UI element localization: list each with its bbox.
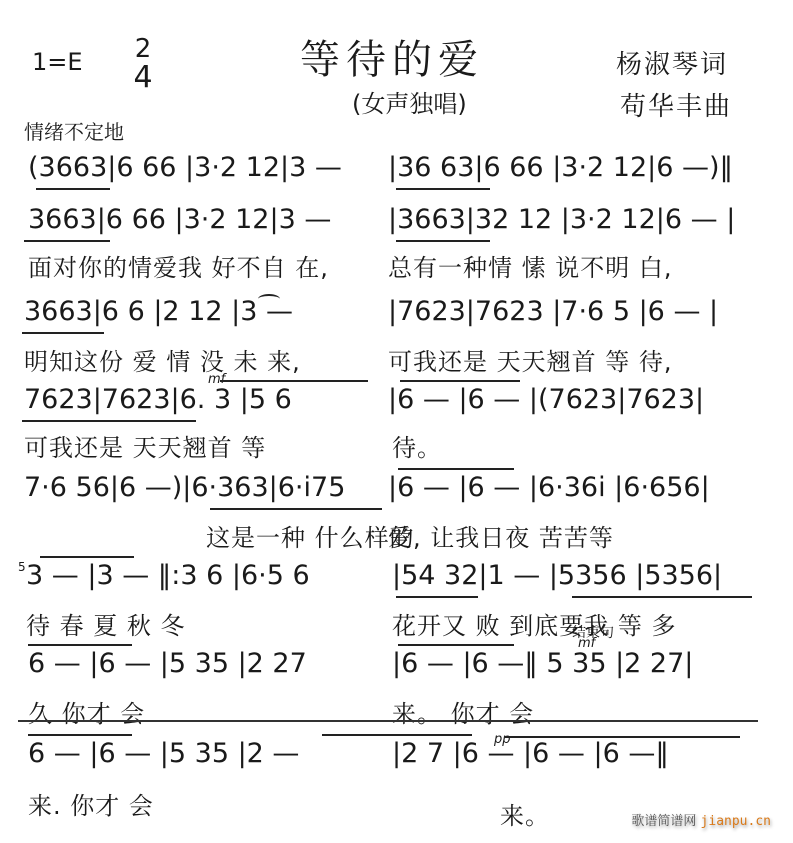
notes-right: |6 — |6 — |(7623|7623|: [388, 384, 704, 415]
beam: [396, 596, 478, 598]
score-row-7: 结束句 mf 6 — |6 — |5 35 |2 27 |6 — |6 —‖ 5…: [0, 648, 793, 728]
slur: [258, 294, 280, 304]
lyrics-right: 来。: [500, 796, 550, 831]
lyrics-right: 总有一种情 愫 说不明 白,: [388, 248, 673, 283]
lyrics-left: 明知这份 爱 情 没 未 来,: [24, 342, 301, 377]
grace-note: 5: [18, 560, 26, 574]
tie: [398, 468, 514, 476]
beam: [22, 332, 104, 334]
beam: [210, 508, 382, 510]
lyrics-right: 待。: [392, 428, 442, 463]
notes-right: |3663|32 12 |3·2 12|6 — |: [388, 204, 735, 235]
lyrics-left: 来. 你才 会: [28, 786, 154, 821]
composer-credit: 苟华丰曲: [620, 86, 732, 123]
beam: [22, 420, 196, 422]
lyrics-left: 这是一种 什么样的: [206, 518, 415, 553]
lyrics-right: 花开又 败 到底要我 等 多: [392, 606, 677, 641]
beam: [396, 188, 490, 190]
score-row-2: 3663|6 66 |3·2 12|3 — |3663|32 12 |3·2 1…: [0, 204, 793, 294]
score-row-4: mf 7623|7623|6. 3 |5 6 |6 — |6 — |(7623|…: [0, 384, 793, 464]
key-signature: 1=E: [32, 48, 83, 76]
lyrics-left: 可我还是 天天翘首 等: [24, 428, 266, 463]
notes-right: |36 63|6 66 |3·2 12|6 —)‖: [388, 152, 733, 183]
lyrics-right: 可我还是 天天翘首 等 待,: [388, 342, 673, 377]
score-row-6: 5 3 — |3 — ‖:3 6 |6·5 6 |54 32|1 — |5356…: [0, 560, 793, 640]
beam: [396, 240, 490, 242]
beam: [572, 596, 752, 598]
lyrics-left: 待 春 夏 秋 冬: [26, 606, 186, 641]
score-row-5: 7·6 56|6 —)|6·363|6·i75 |6 — |6 — |6·36i…: [0, 472, 793, 552]
site-watermark: 歌谱简谱网 jianpu.cn: [631, 810, 771, 829]
song-subtitle: (女声独唱): [352, 84, 467, 119]
coda-divider: [18, 720, 758, 722]
notes-left: 6 — |6 — |5 35 |2 27: [28, 648, 307, 679]
lyricist-credit: 杨淑琴词: [616, 44, 728, 81]
lyrics-left: 久 你才 会: [28, 694, 145, 729]
notes-right: |7623|7623 |7·6 5 |6 — |: [388, 296, 718, 327]
notes-left: 6 — |6 — |5 35 |2 —: [28, 738, 299, 769]
notes-right: |6 — |6 —‖ 5 35 |2 27|: [392, 648, 693, 679]
lyrics-left: 面对你的情爱我 好不自 在,: [28, 248, 329, 283]
tempo-marking: 情绪不定地: [24, 116, 124, 145]
song-title: 等待的爱: [300, 28, 484, 85]
notes-left: 3 — |3 — ‖:3 6 |6·5 6: [26, 560, 310, 591]
notes-left: 3663|6 6 |2 12 |3 —: [24, 296, 293, 327]
notes-left: (3663|6 66 |3·2 12|3 —: [28, 152, 342, 183]
watermark-latin: jianpu.cn: [701, 814, 771, 829]
beam: [36, 188, 110, 190]
notes-right: |2 7 |6 — |6 — |6 —‖: [392, 738, 669, 769]
watermark-cn: 歌谱简谱网: [631, 814, 696, 829]
notes-right: |54 32|1 — |5356 |5356|: [392, 560, 722, 591]
notes-left: 7623|7623|6. 3 |5 6: [24, 384, 292, 415]
notes-left: 3663|6 66 |3·2 12|3 —: [28, 204, 331, 235]
lyrics-right: 爱, 让我日夜 苦苦等: [388, 518, 614, 553]
lyrics-right: 来。 你才 会: [392, 694, 534, 729]
notes-left: 7·6 56|6 —)|6·363|6·i75: [24, 472, 345, 503]
tie: [400, 380, 520, 388]
beam: [24, 240, 110, 242]
notes-right: |6 — |6 — |6·36i |6·656|: [388, 472, 710, 503]
score-row-3: 3663|6 6 |2 12 |3 — |7623|7623 |7·6 5 |6…: [0, 296, 793, 376]
time-signature: 2 4: [128, 36, 158, 91]
